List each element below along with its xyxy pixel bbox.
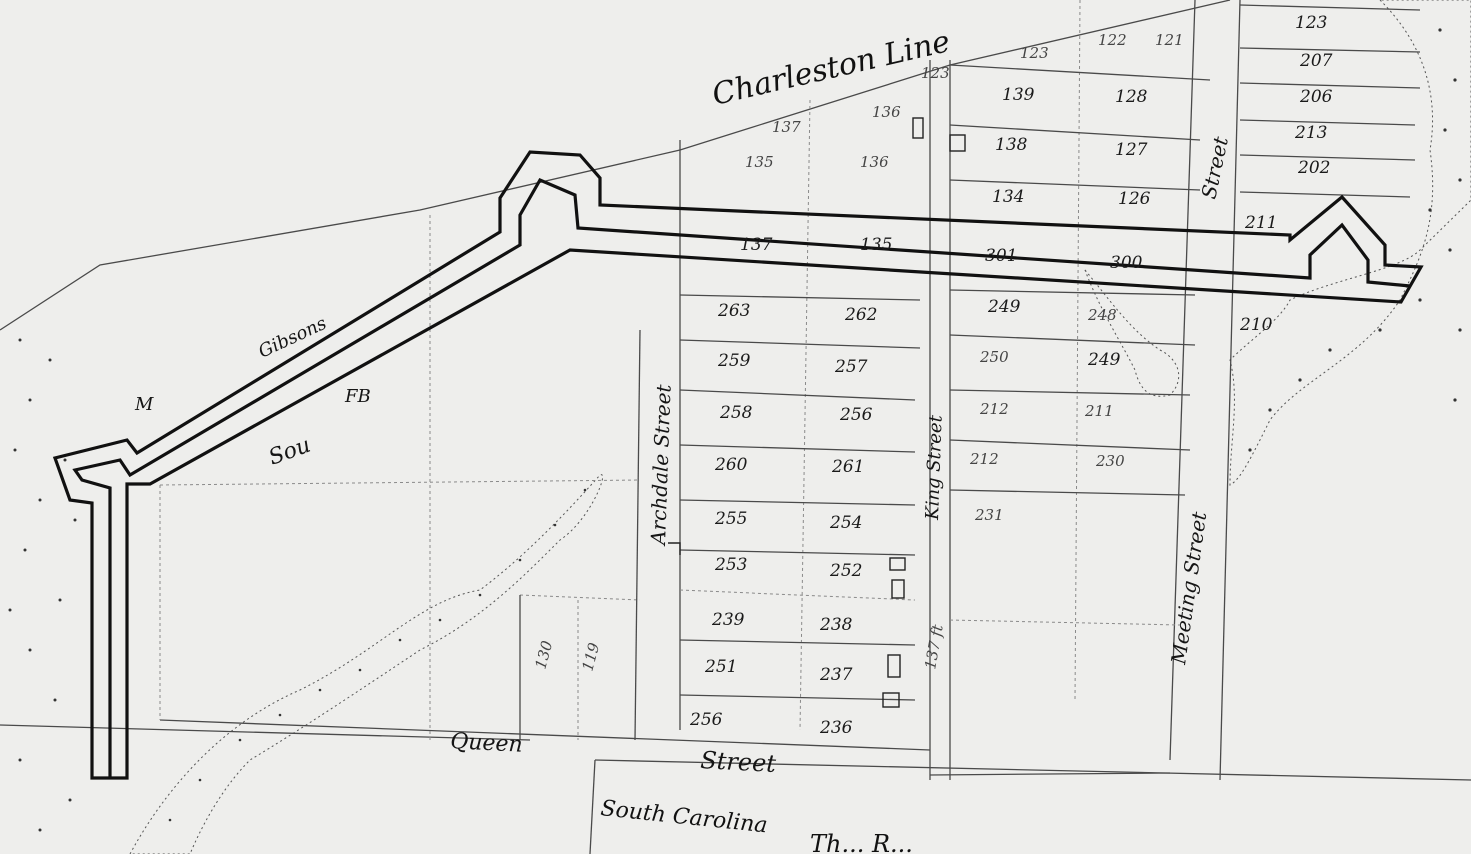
svg-text:230: 230 [1095, 452, 1125, 470]
svg-text:254: 254 [829, 513, 862, 533]
svg-text:255: 255 [714, 509, 747, 529]
svg-text:207: 207 [1299, 51, 1333, 71]
svg-text:123: 123 [1295, 13, 1327, 33]
svg-text:256: 256 [689, 710, 723, 730]
svg-text:301: 301 [985, 246, 1017, 266]
svg-text:300: 300 [1110, 253, 1143, 273]
svg-text:261: 261 [831, 457, 864, 477]
svg-text:239: 239 [711, 610, 745, 630]
bottom-partial-label: Th... R... [810, 830, 913, 854]
svg-text:139: 139 [1002, 85, 1035, 105]
svg-text:249: 249 [987, 297, 1021, 317]
svg-text:138: 138 [995, 135, 1028, 155]
svg-text:250: 250 [979, 348, 1009, 366]
svg-text:251: 251 [704, 657, 737, 677]
paper-background [0, 0, 1471, 854]
svg-text:212: 212 [979, 400, 1009, 418]
svg-text:122: 122 [1098, 31, 1127, 49]
svg-text:262: 262 [844, 305, 877, 325]
queen-street-suffix-label: Street [700, 746, 777, 778]
svg-text:137: 137 [772, 118, 801, 136]
svg-text:212: 212 [969, 450, 999, 468]
svg-text:263: 263 [717, 301, 750, 321]
svg-text:135: 135 [860, 235, 892, 255]
svg-text:231: 231 [974, 506, 1004, 524]
svg-text:259: 259 [717, 351, 751, 371]
svg-text:248: 248 [1087, 306, 1117, 324]
svg-text:258: 258 [719, 403, 753, 423]
svg-text:137: 137 [740, 235, 773, 255]
svg-text:213: 213 [1294, 123, 1327, 143]
svg-text:121: 121 [1155, 31, 1184, 49]
svg-text:128: 128 [1115, 87, 1148, 107]
historic-charleston-lot-map: Charleston Line Street Archdale Street K… [0, 0, 1471, 854]
svg-text:136: 136 [860, 153, 889, 171]
svg-text:210: 210 [1239, 315, 1273, 335]
svg-text:134: 134 [992, 187, 1024, 207]
svg-text:206: 206 [1299, 87, 1333, 107]
queen-label: Queen [450, 729, 524, 758]
svg-text:238: 238 [819, 615, 853, 635]
svg-text:211: 211 [1244, 213, 1277, 233]
svg-text:123: 123 [1020, 44, 1049, 62]
svg-text:252: 252 [829, 561, 862, 581]
svg-text:253: 253 [714, 555, 747, 575]
svg-text:237: 237 [819, 665, 853, 685]
svg-text:202: 202 [1297, 158, 1330, 178]
fb-label: FB [344, 386, 371, 407]
svg-text:257: 257 [834, 357, 868, 377]
small-corner-lot: 123 [921, 64, 950, 82]
king-street-label: King Street [922, 414, 947, 521]
svg-text:136: 136 [872, 103, 901, 121]
m-label: M [134, 394, 154, 415]
svg-text:256: 256 [839, 405, 873, 425]
svg-text:249: 249 [1087, 350, 1121, 370]
svg-text:211: 211 [1084, 402, 1114, 420]
svg-text:126: 126 [1118, 189, 1151, 209]
svg-text:127: 127 [1115, 140, 1148, 160]
svg-text:260: 260 [714, 455, 748, 475]
svg-text:135: 135 [745, 153, 774, 171]
svg-text:236: 236 [819, 718, 853, 738]
